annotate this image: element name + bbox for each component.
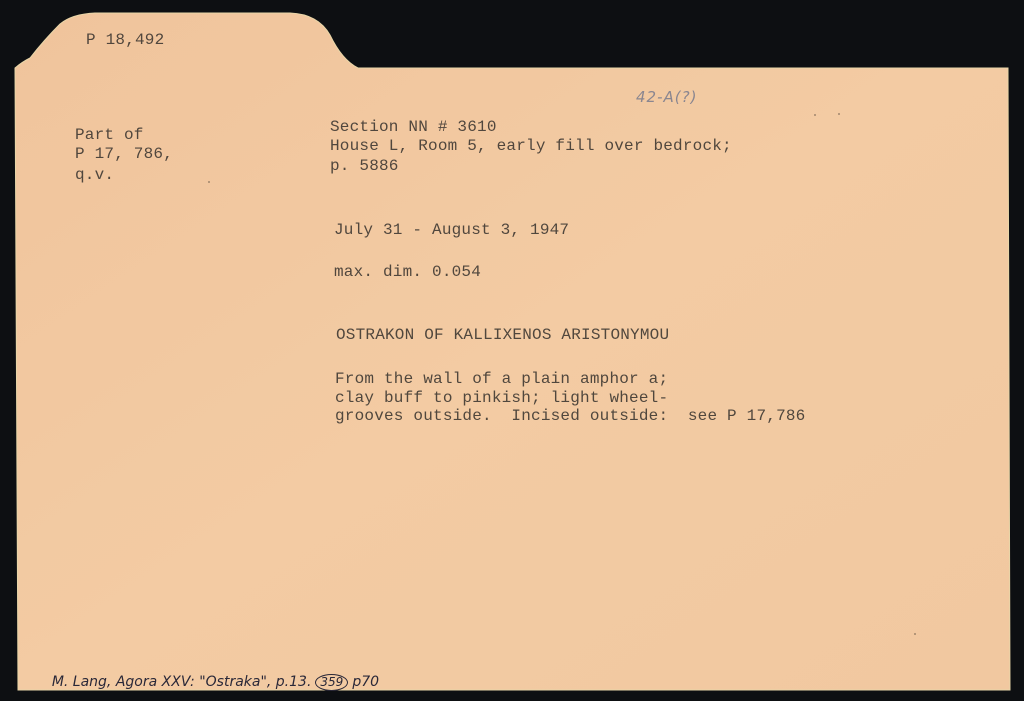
object-title: OSTRAKON OF KALLIXENOS ARISTONYMOU bbox=[336, 326, 669, 345]
max-dimension: max. dim. 0.054 bbox=[334, 263, 481, 282]
description-line1: From the wall of a plain amphor a; bbox=[335, 370, 668, 389]
card-outline bbox=[0, 0, 1024, 701]
paper-speck bbox=[814, 114, 816, 116]
paper-speck bbox=[838, 113, 840, 115]
paper-speck bbox=[208, 181, 210, 183]
catalog-card: P 18,492 Part of P 17, 786, q.v. 42-A(?)… bbox=[0, 0, 1024, 701]
paper-speck bbox=[914, 633, 916, 635]
catalog-number: P 18,492 bbox=[86, 31, 164, 50]
section-line3: p. 5886 bbox=[330, 157, 399, 176]
left-note-line2: P 17, 786, bbox=[75, 145, 173, 164]
reference-text: M. Lang, Agora XXV: "Ostraka", p.13. bbox=[52, 674, 312, 690]
section-line1: Section NN # 3610 bbox=[330, 118, 497, 137]
reference-page: p70 bbox=[352, 674, 379, 690]
left-note-line3: q.v. bbox=[75, 166, 114, 185]
description-line2: clay buff to pinkish; light wheel- bbox=[335, 389, 668, 408]
excavation-date: July 31 - August 3, 1947 bbox=[334, 221, 569, 240]
left-note-line1: Part of bbox=[75, 126, 144, 145]
publication-reference: M. Lang, Agora XXV: "Ostraka", p.13.359p… bbox=[34, 658, 379, 701]
pencil-annotation: 42-A(?) bbox=[636, 88, 697, 106]
section-line2: House L, Room 5, early fill over bedrock… bbox=[330, 137, 732, 156]
description-line3: grooves outside. Incised outside: see P … bbox=[335, 407, 805, 426]
circled-catalog-number: 359 bbox=[315, 674, 348, 691]
